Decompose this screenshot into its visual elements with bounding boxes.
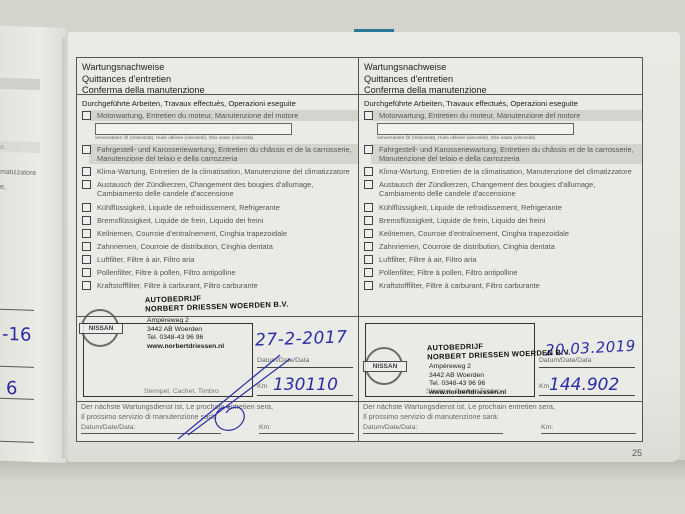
work-item[interactable]: Keilriemen, Courroie d'entraînement, Cin… — [359, 228, 642, 239]
next-km-field[interactable] — [541, 433, 636, 434]
work-item-label: Austausch der Zündkerzen, Changement des… — [379, 180, 637, 198]
address-street: Ampèreweg 2 — [429, 363, 506, 372]
next-service-section: Der nächste Wartungsdienst ist, Le proch… — [77, 401, 360, 442]
checkbox[interactable] — [364, 242, 373, 251]
work-item[interactable]: Austausch der Zündkerzen, Changement des… — [359, 179, 642, 199]
next-km-field[interactable] — [259, 433, 354, 434]
handwritten-km-fragment: 6 — [6, 378, 17, 399]
checkbox[interactable] — [364, 203, 373, 212]
next-service-text-2: Il prossimo servizio di manutenzione sar… — [77, 412, 360, 422]
checkbox[interactable] — [82, 242, 91, 251]
handwritten-date-fragment: -16 — [2, 324, 31, 346]
work-item-label: Fahrgestell- und Karosseriewartung, Entr… — [379, 145, 637, 163]
work-item-label: Kraftstofffilter, Filtre à carburant, Fi… — [379, 281, 637, 290]
stamp-caption: Stempel, Cachet, Timbro — [144, 388, 219, 395]
work-item[interactable]: Bremsflüssigkeit, Liquide de frein, Liqu… — [359, 215, 642, 226]
dealer-address: Ampèreweg 2 3442 AB Woerden Tel. 0348-43… — [429, 363, 506, 397]
work-item-label: Zahnriemen, Courroie de distribution, Ci… — [97, 242, 355, 251]
nissan-logo-icon: NISSAN — [81, 309, 119, 347]
checkbox[interactable] — [82, 255, 91, 264]
title-de: Wartungsnachweise — [364, 62, 637, 74]
card-title: Wartungsnachweise Quittances d'entretien… — [359, 58, 642, 95]
checkbox[interactable] — [82, 268, 91, 277]
next-service-text-2: Il prossimo servizio di manutenzione sar… — [359, 412, 642, 422]
work-item[interactable]: Zahnriemen, Courroie de distribution, Ci… — [359, 241, 642, 252]
page-fragment-text: e, — [0, 184, 6, 191]
address-city: 3442 AB Woerden — [429, 372, 506, 381]
work-item-label: Keilriemen, Courroie d'entraînement, Cin… — [97, 229, 355, 238]
work-item[interactable]: Keilriemen, Courroie d'entraînement, Cin… — [77, 228, 360, 239]
checkbox[interactable] — [82, 145, 91, 154]
work-item-label: Luftfilter, Filtre à air, Filtro aria — [97, 255, 355, 264]
service-page: Wartungsnachweise Quittances d'entretien… — [68, 32, 680, 462]
divider — [0, 309, 34, 311]
page-fragment-text: matizzatore — [0, 169, 36, 177]
km-field[interactable] — [257, 395, 353, 396]
work-item[interactable]: Luftfilter, Filtre à air, Filtro aria — [77, 254, 360, 265]
page-number: 25 — [632, 448, 642, 458]
service-record-card-1: Wartungsnachweise Quittances d'entretien… — [76, 57, 361, 442]
dealer-address: Ampèreweg 2 3442 AB Woerden Tel. 0348-43… — [147, 317, 224, 351]
checkbox[interactable] — [82, 216, 91, 225]
date-label: Datum/Date/Data — [257, 357, 310, 364]
work-item[interactable]: Kühlflüssigkeit, Liquide de refroidissem… — [77, 202, 360, 213]
work-item[interactable]: Motorwartung, Entretien du moteur, Manut… — [77, 110, 360, 121]
shade-band — [0, 141, 40, 153]
next-date-field[interactable] — [363, 433, 503, 434]
checkbox[interactable] — [364, 255, 373, 264]
checkbox[interactable] — [364, 216, 373, 225]
next-date-label: Datum/Date/Data: — [81, 424, 135, 431]
checkbox[interactable] — [364, 229, 373, 238]
address-phone: Tel. 0348-43 96 96 — [429, 380, 506, 389]
km-label: Km — [257, 383, 267, 390]
next-km-label: Km: — [541, 424, 553, 431]
work-item-label: Fahrgestell- und Karosseriewartung, Entr… — [97, 145, 355, 163]
work-item-label: Pollenfilter, Filtre à pollen, Filtro an… — [379, 268, 637, 277]
work-item[interactable]: Pollenfilter, Filtre à pollen, Filtro an… — [359, 267, 642, 278]
next-date-field[interactable] — [81, 433, 221, 434]
work-item[interactable]: Zahnriemen, Courroie de distribution, Ci… — [77, 241, 360, 252]
logo-text: NISSAN — [363, 361, 407, 372]
oil-viscosity-caption: verwendetes Öl (Viskosität), Huile utili… — [377, 135, 642, 142]
km-field[interactable] — [539, 395, 635, 396]
work-item[interactable]: Luftfilter, Filtre à air, Filtro aria — [359, 254, 642, 265]
work-item[interactable]: Motorwartung, Entretien du moteur, Manut… — [359, 110, 642, 121]
checkbox[interactable] — [82, 281, 91, 290]
checkbox[interactable] — [82, 203, 91, 212]
title-fr: Quittances d'entretien — [82, 74, 355, 86]
previous-page: a matizzatore e, -16 6 — [0, 26, 66, 463]
divider — [0, 366, 34, 368]
work-item[interactable]: Kraftstofffilter, Filtre à carburant, Fi… — [77, 280, 360, 291]
card-title: Wartungsnachweise Quittances d'entretien… — [77, 58, 360, 95]
checkbox[interactable] — [82, 167, 91, 176]
work-item-label: Zahnriemen, Courroie de distribution, Ci… — [379, 242, 637, 251]
stamp-area: Stempel, Cachet, Timbro Datum/Date/Data … — [359, 316, 642, 402]
table-surface — [0, 460, 685, 514]
logo-text: NISSAN — [79, 323, 123, 334]
km-label: Km — [539, 383, 549, 390]
work-item-label: Bremsflüssigkeit, Liquide de frein, Liqu… — [97, 216, 355, 225]
section-heading: Durchgeführte Arbeiten, Travaux effectué… — [359, 95, 642, 110]
address-street: Ampèreweg 2 — [147, 317, 224, 326]
address-web: www.norbertdriessen.nl — [147, 343, 224, 352]
checkbox[interactable] — [82, 111, 91, 120]
spacer — [359, 291, 642, 293]
work-item[interactable]: Kraftstofffilter, Filtre à carburant, Fi… — [359, 280, 642, 291]
work-item[interactable]: Pollenfilter, Filtre à pollen, Filtro an… — [77, 267, 360, 278]
shade-band — [0, 78, 40, 90]
next-km-label: Km: — [259, 424, 271, 431]
work-item-label: Kühlflüssigkeit, Liquide de refroidissem… — [379, 203, 637, 212]
date-field[interactable] — [257, 367, 353, 368]
work-item-label: Pollenfilter, Filtre à pollen, Filtro an… — [97, 268, 355, 277]
checkbox[interactable] — [82, 229, 91, 238]
work-item-label: Bremsflüssigkeit, Liquide de frein, Liqu… — [379, 216, 637, 225]
work-items-list: Motorwartung, Entretien du moteur, Manut… — [359, 110, 642, 293]
work-item-label: Motorwartung, Entretien du moteur, Manut… — [379, 111, 637, 120]
stamp-area: Stempel, Cachet, Timbro Datum/Date/Data … — [77, 316, 360, 402]
dealer-stamp-name: AUTOBEDRIJF NORBERT DRIESSEN WOERDEN B.V… — [145, 291, 289, 314]
work-item-label: Kühlflüssigkeit, Liquide de refroidissem… — [97, 203, 355, 212]
title-de: Wartungsnachweise — [82, 62, 355, 74]
oil-viscosity-field[interactable] — [377, 123, 574, 135]
work-item-label: Motorwartung, Entretien du moteur, Manut… — [97, 111, 355, 120]
divider — [0, 441, 34, 443]
work-item-label: Luftfilter, Filtre à air, Filtro aria — [379, 255, 637, 264]
nissan-logo-icon: NISSAN — [365, 347, 403, 385]
checkbox[interactable] — [364, 145, 373, 154]
checkbox[interactable] — [364, 180, 373, 189]
work-item-label: Keilriemen, Courroie d'entraînement, Cin… — [379, 229, 637, 238]
work-item[interactable]: Fahrgestell- und Karosseriewartung, Entr… — [77, 144, 360, 164]
next-service-text-1: Der nächste Wartungsdienst ist, Le proch… — [359, 402, 642, 412]
next-date-label: Datum/Date/Data: — [363, 424, 417, 431]
address-city: 3442 AB Woerden — [147, 326, 224, 335]
handwritten-date: 27-2-2017 — [255, 327, 348, 350]
work-item[interactable]: Bremsflüssigkeit, Liquide de frein, Liqu… — [77, 215, 360, 226]
work-item-label: Klima-Wartung, Entretien de la climatisa… — [97, 167, 355, 176]
work-item[interactable]: Klima-Wartung, Entretien de la climatisa… — [77, 166, 360, 177]
address-web: www.norbertdriessen.nl — [429, 389, 506, 398]
next-service-text-1: Der nächste Wartungsdienst ist, Le proch… — [77, 402, 360, 412]
work-item-label: Austausch der Zündkerzen, Changement des… — [97, 180, 355, 198]
work-item[interactable]: Klima-Wartung, Entretien de la climatisa… — [359, 166, 642, 177]
title-fr: Quittances d'entretien — [364, 74, 637, 86]
oil-viscosity-caption: verwendetes Öl (Viskosität), Huile utili… — [95, 135, 360, 142]
checkbox[interactable] — [364, 167, 373, 176]
work-item-label: Klima-Wartung, Entretien de la climatisa… — [379, 167, 637, 176]
address-phone: Tel. 0348-43 96 96 — [147, 334, 224, 343]
checkbox[interactable] — [82, 180, 91, 189]
work-items-list: Motorwartung, Entretien du moteur, Manut… — [77, 110, 360, 293]
work-item[interactable]: Kühlflüssigkeit, Liquide de refroidissem… — [359, 202, 642, 213]
next-service-section: Der nächste Wartungsdienst ist, Le proch… — [359, 401, 642, 442]
section-heading: Durchgeführte Arbeiten, Travaux effectué… — [77, 95, 360, 110]
handwritten-km: 130110 — [273, 375, 338, 395]
checkbox[interactable] — [364, 111, 373, 120]
checkbox[interactable] — [364, 281, 373, 290]
work-item[interactable]: Fahrgestell- und Karosseriewartung, Entr… — [359, 144, 642, 164]
checkbox[interactable] — [364, 268, 373, 277]
work-item[interactable]: Austausch der Zündkerzen, Changement des… — [77, 179, 360, 199]
handwritten-km: 144.902 — [549, 375, 619, 395]
oil-viscosity-field[interactable] — [95, 123, 292, 135]
service-record-card-2: Wartungsnachweise Quittances d'entretien… — [358, 57, 643, 442]
date-field[interactable] — [539, 367, 635, 368]
work-item-label: Kraftstofffilter, Filtre à carburant, Fi… — [97, 281, 355, 290]
divider — [0, 398, 34, 400]
